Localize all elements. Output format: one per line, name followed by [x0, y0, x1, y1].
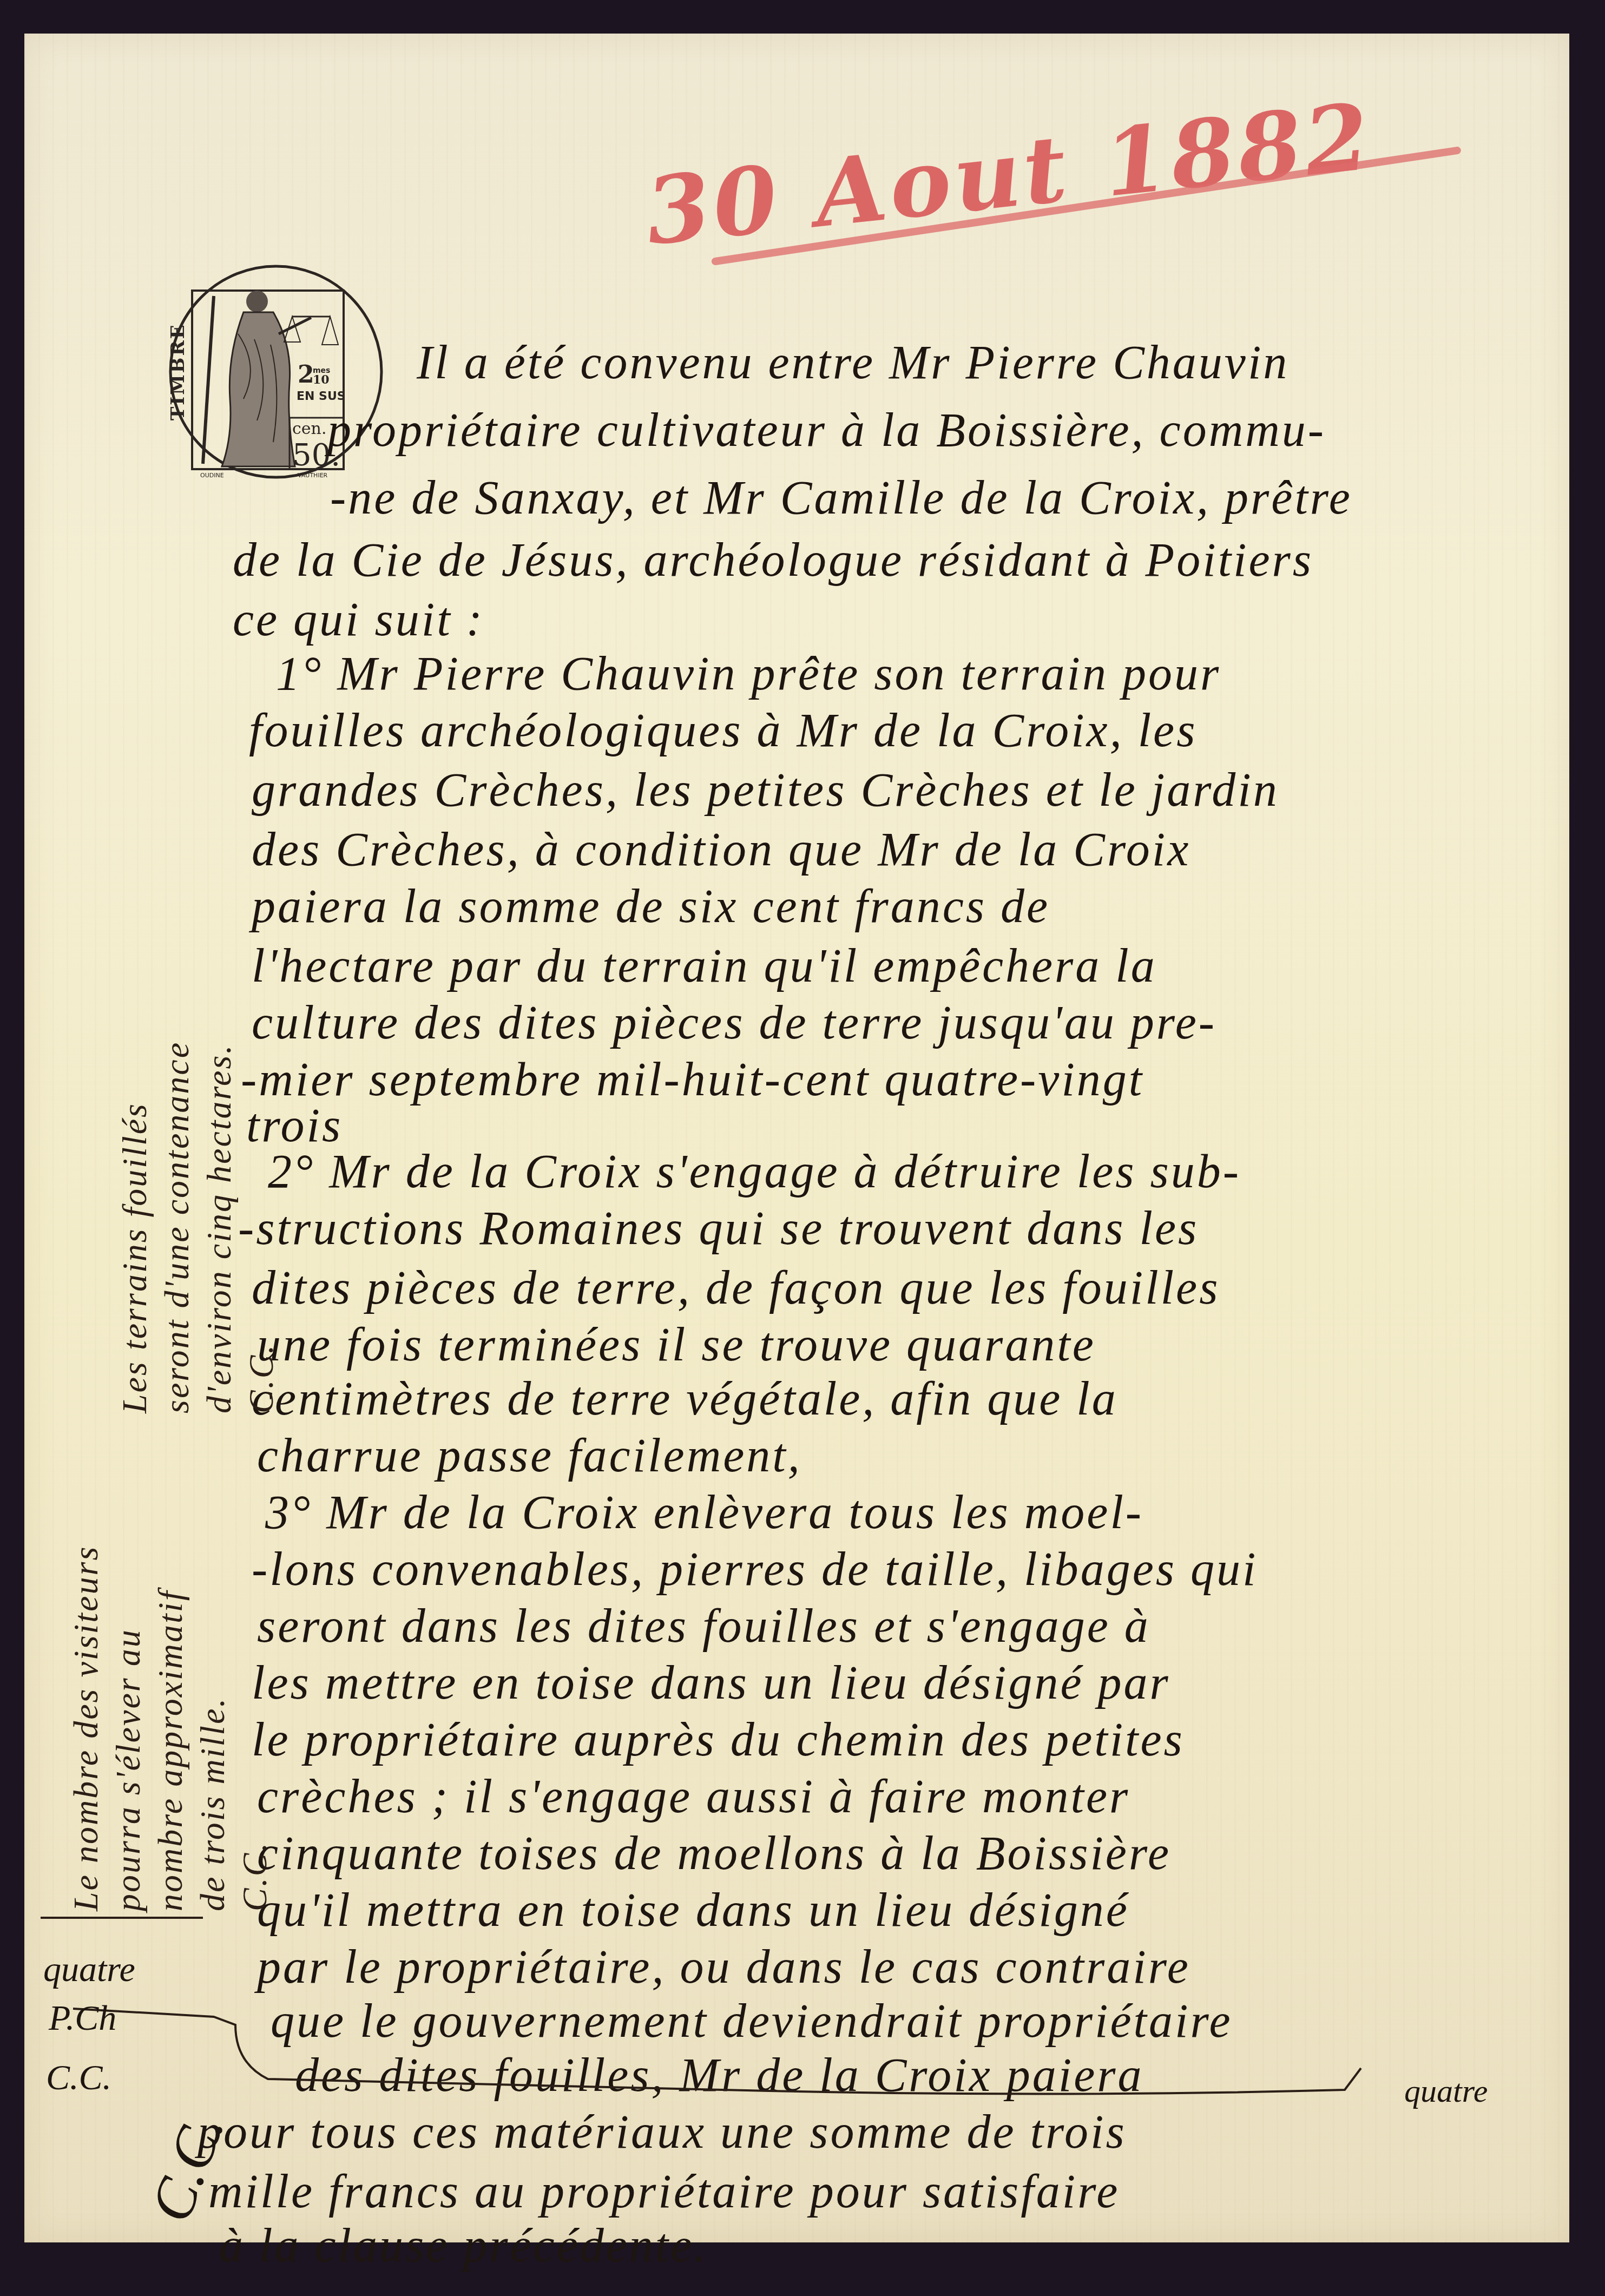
correction-bracket-line	[73, 2003, 1426, 2101]
text-line-4: de la Cie de Jésus, archéologue résidant…	[233, 537, 1313, 584]
text-line-7: fouilles archéologiques à Mr de la Croix…	[249, 707, 1197, 755]
margin-correction: quatre	[43, 1949, 135, 1990]
svg-text:10: 10	[313, 373, 330, 387]
svg-text:2: 2	[298, 361, 314, 389]
text-line-19: centimètres de terre végétale, afin que …	[252, 1376, 1118, 1423]
text-line-6: 1° Mr Pierre Chauvin prête son terrain p…	[276, 650, 1221, 698]
svg-text:EN SUS: EN SUS	[297, 390, 346, 403]
text-line-3: -ne de Sanxay, et Mr Camille de la Croix…	[330, 475, 1352, 522]
initials-chauvin: P.Ch	[49, 1998, 116, 2039]
text-line-25: le propriétaire auprès du chemin des pet…	[252, 1716, 1185, 1764]
margin-rule	[41, 1917, 203, 1919]
document-page: 30 Aout 1882 TIMBRE 2 mes 10 EN SUS	[24, 34, 1569, 2242]
text-line-15: 2° Mr de la Croix s'engage à détruire le…	[268, 1148, 1241, 1196]
text-line-22: -lons convenables, pierres de taille, li…	[252, 1546, 1258, 1594]
text-line-34: à la clause précédente.	[219, 2222, 708, 2270]
text-line-28: qu'il mettra en toise dans un lieu désig…	[257, 1887, 1129, 1935]
text-line-33: mille francs au propriétaire pour satisf…	[208, 2168, 1120, 2216]
text-line-20: charrue passe facilement,	[257, 1432, 802, 1480]
margin-note-upper: Les terrains fouillés seront d'une conte…	[114, 1041, 282, 1413]
text-line-18: une fois terminées il se trouve quarante	[257, 1321, 1096, 1369]
text-line-27: cinquante toises de moellons à la Boissi…	[257, 1830, 1171, 1878]
text-line-23: seront dans les dites fouilles et s'enga…	[257, 1603, 1150, 1650]
text-line-10: paiera la somme de six cent francs de	[252, 883, 1050, 931]
text-line-26: crèches ; il s'engage aussi à faire mont…	[257, 1773, 1130, 1821]
margin-note-lower: Le nombre des visiteurs pourra s'élever …	[65, 1545, 276, 1911]
text-line-32: pour tous ces matériaux une somme de tro…	[198, 2109, 1127, 2156]
text-line-29: par le propriétaire, ou dans le cas cont…	[257, 1944, 1190, 1991]
text-line-21: 3° Mr de la Croix enlèvera tous les moel…	[265, 1489, 1143, 1537]
text-line-8: grandes Crèches, les petites Crèches et …	[252, 767, 1279, 814]
text-line-16: -structions Romaines qui se trouvent dan…	[238, 1205, 1199, 1253]
date-annotation: 30 Aout 1882	[641, 82, 1377, 266]
svg-text:TIMBRE: TIMBRE	[167, 323, 189, 420]
svg-text:VAUTHIER: VAUTHIER	[298, 472, 328, 479]
text-line-13: -mier septembre mil-huit-cent quatre-vin…	[241, 1056, 1144, 1104]
text-line-24: les mettre en toise dans un lieu désigné…	[252, 1660, 1170, 1707]
text-line-9: des Crèches, à condition que Mr de la Cr…	[252, 826, 1190, 874]
text-line-5: ce qui suit :	[233, 596, 484, 644]
text-line-17: dites pièces de terre, de façon que les …	[252, 1265, 1220, 1312]
text-line-12: culture des dites pièces de terre jusqu'…	[252, 999, 1216, 1047]
text-line-11: l'hectare par du terrain qu'il empêchera…	[252, 943, 1157, 990]
text-line-2: propriétaire cultivateur à la Boissière,…	[327, 407, 1326, 455]
initials-de-la-croix: C.C.	[46, 2057, 111, 2098]
text-line-1: Il a été convenu entre Mr Pierre Chauvin	[417, 339, 1289, 387]
svg-text:OUDINE: OUDINE	[200, 472, 224, 479]
svg-text:cen.: cen.	[292, 419, 326, 438]
